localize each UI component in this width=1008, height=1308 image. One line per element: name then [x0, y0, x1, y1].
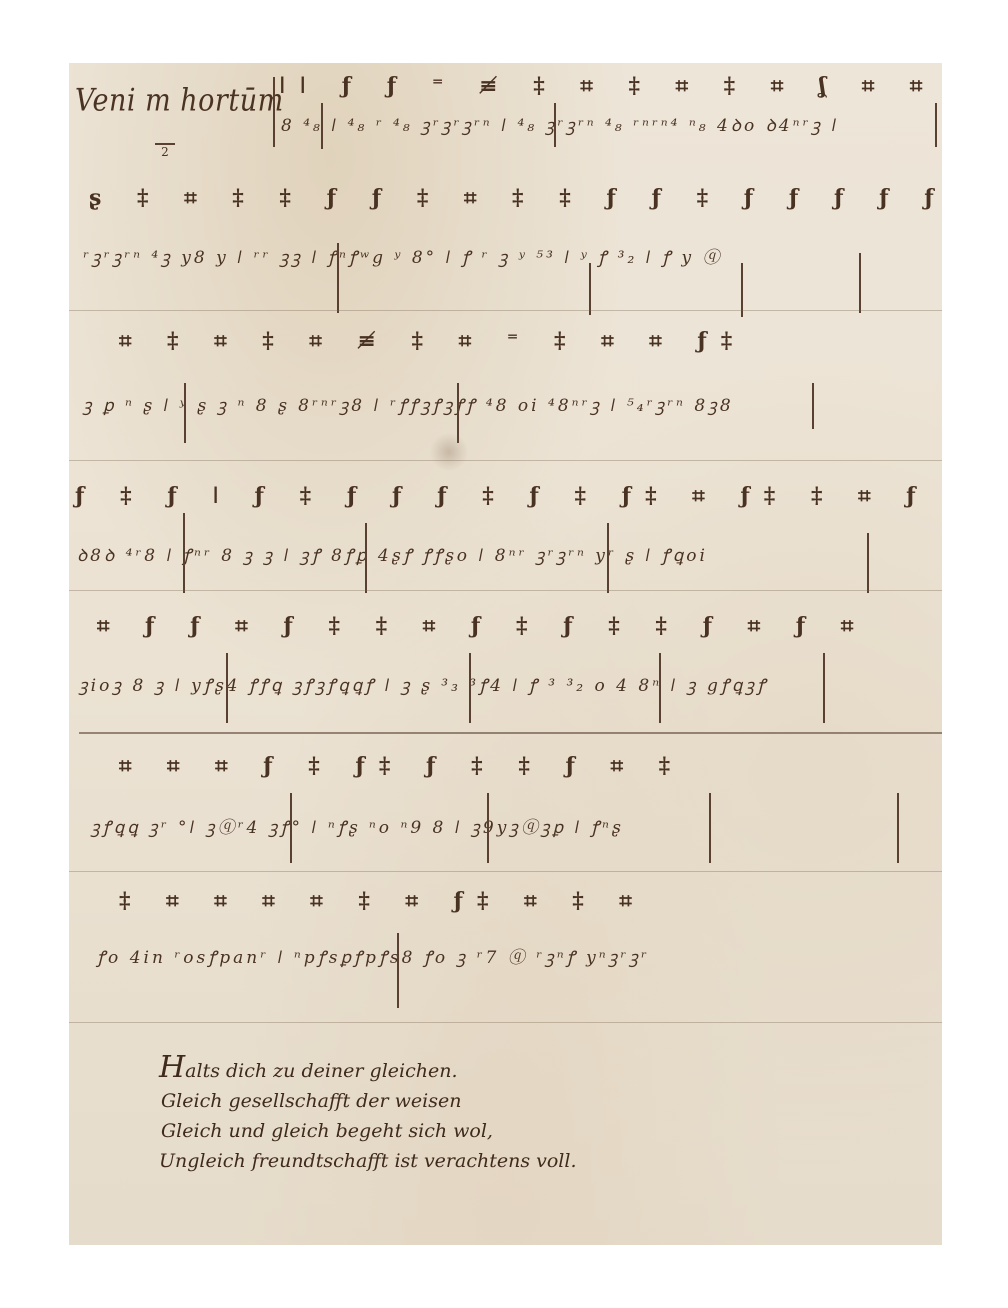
tablature-letters: ꝫꝭꝗꝗ ꝫʳ °ǀ ꝫⓠʳ4 ꝫꝭ° ǀ ⁿꝭʂ ⁿo ⁿ9 8 ǀ ꝫ9yꝫ…: [91, 813, 942, 838]
barline: [337, 243, 339, 313]
manuscript-page: Veni m hortūm 2 ǀǀ ƒ ƒ ⁼ ≢ ‡ ⌗ ‡ ⌗ ‡ ⌗ ʆ…: [69, 63, 942, 1245]
barline: [589, 263, 591, 315]
title-abbreviation-mark: 2: [155, 143, 175, 159]
tablature-letters: ꝫioꝫ 8 ꝫ ǀ yꝭʂ4 ꝭꝭꝗ ꝫꝭꝫꝭꝗꝗꝭ ǀ ꝫ ʂ ³₃ ³ꝭ4…: [79, 673, 942, 696]
rhythm-signs: ⌗ ƒ ƒ ⌗ ƒ ‡ ‡ ⌗ ƒ ‡ ƒ ‡ ‡ ƒ ⌗ ƒ ⌗: [97, 613, 942, 639]
verse-line-3: Gleich und gleich begeht sich wol,: [159, 1116, 799, 1146]
barline: [184, 383, 186, 443]
barline: [226, 653, 228, 723]
verse-line-2: Gleich gesellschafft der weisen: [159, 1086, 799, 1116]
barline: [709, 793, 711, 863]
barline: [867, 533, 869, 593]
ruled-line: [79, 732, 942, 734]
verse-line-1: Halts dich zu deiner gleichen.: [159, 1053, 799, 1086]
barline: [897, 793, 899, 863]
tablature-letters: ʳꝫʳꝫʳⁿ ⁴ꝫ y8 y ǀ ʳʳ ꝫꝫ ǀ ꝭⁿꝭʷg ʸ 8° ǀ ꝭ …: [83, 243, 942, 268]
barline: [469, 653, 471, 723]
tablature-letters: ꝭo 4in ʳosꝭpanʳ ǀ ⁿpꝭsꝑꝭpꝭs8 ꝭo ꝫ ʳ7 ⓠ ʳ…: [97, 943, 942, 968]
barline: [741, 263, 743, 317]
ruled-line: [69, 590, 942, 591]
barline: [487, 793, 489, 863]
barline: [273, 77, 275, 147]
tablature-letters: ꝺ8ꝺ ⁴ʳ8 ǀ ꝭⁿʳ 8 ꝫ ꝫ ǀ ꝫꝭ 8ꝭꝑ 4ʂꝭ ꝭꝭʂo ǀ …: [77, 543, 942, 566]
rhythm-signs: ⌗ ⌗ ⌗ ƒ ‡ ƒ‡ ƒ ‡ ‡ ƒ ⌗ ‡: [119, 753, 942, 779]
ruled-line: [69, 460, 942, 461]
rhythm-signs: ʂ ‡ ⌗ ‡ ‡ ƒ ƒ ‡ ⌗ ‡ ‡ ƒ ƒ ‡ ƒ ƒ ƒ ƒ ƒ: [89, 185, 942, 211]
rhythm-signs: ǀǀ ƒ ƒ ⁼ ≢ ‡ ⌗ ‡ ⌗ ‡ ⌗ ʆ ⌗ ⌗: [279, 73, 942, 99]
piece-title: Veni m hortūm: [75, 83, 284, 119]
rhythm-signs: ƒ ‡ ƒ ǀ ƒ ‡ ƒ ƒ ƒ ‡ ƒ ‡ ƒ‡ ⌗ ƒ‡ ‡ ⌗ ƒ ƒ …: [75, 483, 942, 509]
rhythm-signs: ‡ ⌗ ⌗ ⌗ ⌗ ‡ ⌗ ƒ‡ ⌗ ‡ ⌗: [119, 888, 942, 914]
barline: [607, 523, 609, 593]
ink-smudge: [429, 433, 469, 471]
barline: [365, 523, 367, 593]
verse-text: Halts dich zu deiner gleichen. Gleich ge…: [159, 1053, 799, 1176]
ruled-line: [69, 871, 942, 872]
barline: [659, 653, 661, 723]
tablature-letters: 8 ⁴₈ ǀ ⁴₈ ʳ ⁴₈ ꝫʳꝫʳꝫʳⁿ ǀ ⁴₈ ꝫʳꝫʳⁿ ⁴₈ ʳⁿʳ…: [281, 113, 942, 136]
barline: [812, 383, 814, 429]
barline: [823, 653, 825, 723]
rhythm-signs: ⌗ ‡ ⌗ ‡ ⌗ ≢ ‡ ⌗ ⁼ ‡ ⌗ ⌗ ƒ‡: [119, 328, 942, 354]
ruled-line: [69, 310, 942, 311]
verse-line-4: Ungleich freundtschafft ist verachtens v…: [159, 1146, 799, 1176]
barline: [859, 253, 861, 313]
barline: [183, 513, 185, 593]
barline: [290, 793, 292, 863]
barline: [397, 933, 399, 1008]
ruled-line: [69, 1022, 942, 1023]
